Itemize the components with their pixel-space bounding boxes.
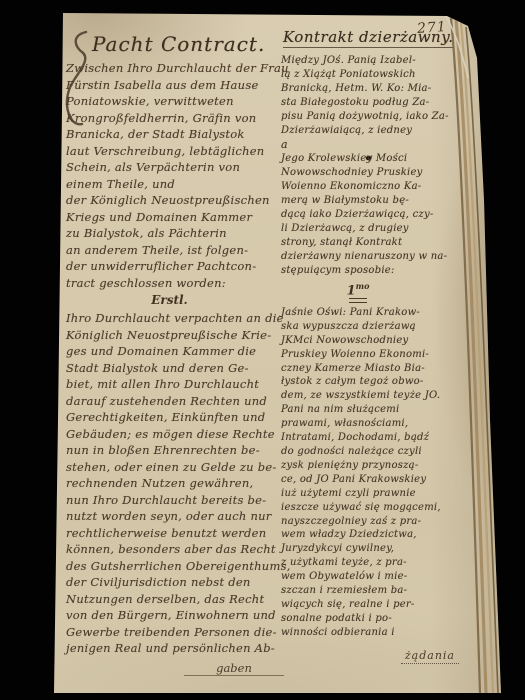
manuscript-line: szczan i rzemiesłem ba- [281, 584, 469, 598]
manuscript-line: an anderem Theile, ist folgen- [66, 242, 273, 259]
polish-paragraph-1a: Między JOś. Panią Izabel-lą z Xiążąt Pon… [281, 54, 469, 137]
manuscript-line: Gebäuden; es mögen diese Rechte [66, 426, 273, 443]
manuscript-line: Königlich Neuostpreußische Krie- [66, 327, 273, 344]
manuscript-line: dem, ze wszystkiemi teyże JO. [281, 389, 469, 403]
manuscript-line: Dzierżawiaiącą, z iedney [281, 124, 469, 138]
manuscript-line: zu Bialystok, als Pächterin [66, 225, 273, 242]
polish-title: Kontrakt dzierżawny. [283, 28, 453, 48]
manuscript-line: tract geschlossen worden: [66, 275, 273, 292]
manuscript-line: stehen, oder einen zu Gelde zu be- [66, 459, 273, 476]
german-paragraph-2: Ihro Durchlaucht verpachten an dieKönigl… [66, 310, 273, 657]
manuscript-line: dącą iako Dzierżawiącą, czy- [281, 208, 469, 222]
polish-section-marker: 1mo [345, 281, 371, 303]
manuscript-line: dzierżawny nienaruszony w na- [281, 250, 469, 264]
manuscript-line: rechnenden Nutzen gewähren, [66, 475, 273, 492]
manuscript-line: czney Kamerze Miasto Bia- [281, 362, 469, 376]
manuscript-line: zysk pieniężny przynoszą- [281, 459, 469, 473]
polish-paragraph-1b: Jego Krolewskiey MościNowowschodniey Pru… [281, 152, 469, 277]
polish-column: Kontrakt dzierżawny. Między JOś. Panią I… [281, 20, 469, 662]
manuscript-line: ges und Domainen Kammer die [66, 343, 273, 360]
manuscript-line: Gewerbe treibenden Personen die- [66, 624, 273, 641]
manuscript-line: der Civiljurisdiction nebst den [66, 574, 273, 591]
manuscript-line: sta Białegostoku podług Za- [281, 96, 469, 110]
manuscript-line: darauf zustehenden Rechten und [66, 393, 273, 410]
manuscript-line: prawami, własnościami, [281, 417, 469, 431]
conjunction-a: a [281, 137, 469, 152]
manuscript-line: pisu Panią dożywotnią, iako Za- [281, 110, 469, 124]
german-paragraph-1: Zwischen Ihro Durchlaucht der FrauFürsti… [66, 60, 273, 291]
manuscript-page: 271 Pacht Contract. Zwischen Ihro Durchl… [0, 0, 525, 700]
manuscript-line: Pruskiey Woienno Ekonomi- [281, 348, 469, 362]
manuscript-line: einem Theile, und [66, 176, 273, 193]
manuscript-line: Poniatowskie, verwittweten [66, 93, 273, 110]
german-title: Pacht Contract. [92, 32, 273, 56]
manuscript-line: Między JOś. Panią Izabel- [281, 54, 469, 68]
manuscript-line: können, besonders aber das Recht [66, 541, 273, 558]
manuscript-line: jenigen Real und persönlichen Ab- [66, 640, 273, 657]
manuscript-line: des Gutsherrlichen Obereigenthums, [66, 558, 273, 575]
manuscript-line: Stadt Bialystok und deren Ge- [66, 360, 273, 377]
manuscript-line: sonalne podatki i po- [281, 612, 469, 626]
manuscript-line: von den Bürgern, Einwohnern und [66, 607, 273, 624]
manuscript-line: ce, od JO Pani Krakowskiey [281, 473, 469, 487]
manuscript-line: nun in bloßen Ehrenrechten be- [66, 442, 273, 459]
manuscript-line: iuż użytemi czyli prawnie [281, 487, 469, 501]
manuscript-line: ieszcze używać się mogącemi, [281, 501, 469, 515]
manuscript-line: wiących się, realne i per- [281, 598, 469, 612]
marker-underline [349, 298, 367, 303]
manuscript-line: nayszczegolniey zaś z pra- [281, 515, 469, 529]
german-section-marker: Erstl. [66, 293, 273, 307]
polish-catchword: żądania [281, 649, 459, 662]
manuscript-line: Jaśnie Oświ: Pani Krakow- [281, 306, 469, 320]
manuscript-line: do godności należące czyli [281, 445, 469, 459]
manuscript-line: Juryzdykcyi cywilney, [281, 542, 469, 556]
manuscript-line: JKMci Nowowschodniey [281, 334, 469, 348]
manuscript-line: Jego Krolewskiey Mości [281, 152, 469, 166]
manuscript-line: Kriegs und Domainen Kammer [66, 209, 273, 226]
manuscript-line: wem władzy Dziedzictwa, [281, 528, 469, 542]
manuscript-line: der Königlich Neuostpreußischen [66, 192, 273, 209]
manuscript-line: nutzt worden seyn, oder auch nur [66, 508, 273, 525]
manuscript-line: ska wypuszcza dzierżawą [281, 320, 469, 334]
manuscript-line: Branicką, Hetm. W. Ko: Mia- [281, 82, 469, 96]
manuscript-line: Fürstin Isabella aus dem Hause [66, 77, 273, 94]
manuscript-line: Intratami, Dochodami, bądź [281, 431, 469, 445]
manuscript-line: łystok z całym tegoż obwo- [281, 375, 469, 389]
manuscript-line: rechtlicherweise benutzt werden [66, 525, 273, 542]
manuscript-line: strony, stanął Kontrakt [281, 236, 469, 250]
manuscript-line: lą z Xiążąt Poniatowskich [281, 68, 469, 82]
manuscript-line: Nowowschodniey Pruskiey [281, 166, 469, 180]
manuscript-line: biet, mit allen Ihro Durchlaucht [66, 376, 273, 393]
german-catchword: gaben [184, 661, 284, 676]
german-column: Pacht Contract. Zwischen Ihro Durchlauch… [66, 26, 273, 676]
manuscript-line: Schein, als Verpächterin von [66, 159, 273, 176]
manuscript-line: wem Obywatelów i mie- [281, 570, 469, 584]
manuscript-line: Nutzungen derselben, das Recht [66, 591, 273, 608]
photo-backdrop: 271 Pacht Contract. Zwischen Ihro Durchl… [0, 0, 525, 700]
manuscript-line: stępuiącym sposobie: [281, 264, 469, 278]
manuscript-line: merą w Białymstoku bę- [281, 194, 469, 208]
manuscript-line: laut Verschreibung, lebtäglichen [66, 143, 273, 160]
manuscript-line: Gerechtigkeiten, Einkünften und [66, 409, 273, 426]
manuscript-line: Woienno Ekonomiczno Ka- [281, 180, 469, 194]
manuscript-line: Pani na nim służącemi [281, 403, 469, 417]
manuscript-line: nun Ihro Durchlaucht bereits be- [66, 492, 273, 509]
manuscript-line: winności odbierania i [281, 626, 469, 640]
manuscript-line: Branicka, der Stadt Bialystok [66, 126, 273, 143]
manuscript-line: Ihro Durchlaucht verpachten an die [66, 310, 273, 327]
manuscript-line: z użytkami teyże, z pra- [281, 556, 469, 570]
manuscript-line: Zwischen Ihro Durchlaucht der Frau [66, 60, 273, 77]
manuscript-line: Krongroßfeldherrin, Gräfin von [66, 110, 273, 127]
manuscript-line: der unwiderruflicher Pachtcon- [66, 258, 273, 275]
polish-paragraph-2: Jaśnie Oświ: Pani Krakow-ska wypuszcza d… [281, 306, 469, 640]
manuscript-line: li Dzierżawcą, z drugiey [281, 222, 469, 236]
